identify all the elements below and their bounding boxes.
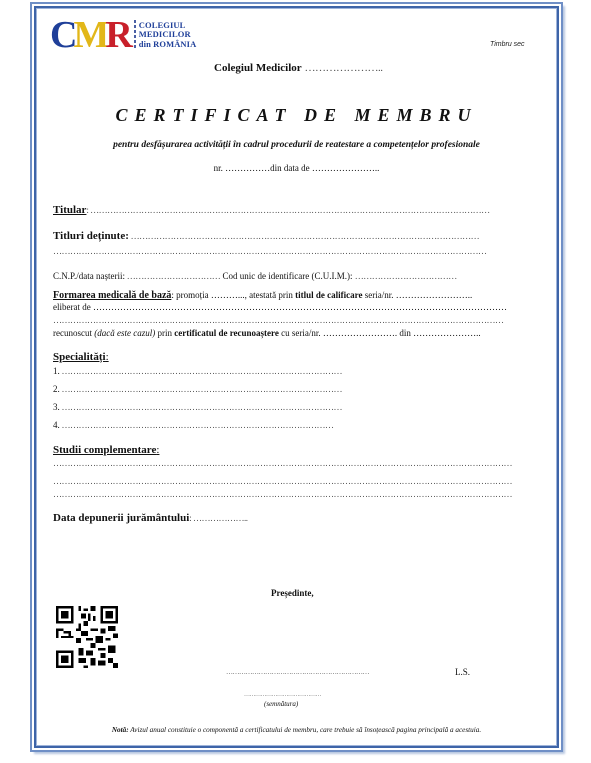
field-titluri-line2: …………………………………………………………………………………………………………… xyxy=(53,246,487,256)
field-titluri: Titluri deținute: …………………………………………………………… xyxy=(53,230,479,242)
logo-letters: CMR xyxy=(50,17,129,53)
certificate-title: CERTIFICAT DE MEMBRU xyxy=(36,105,557,126)
logo-caduceus-icon xyxy=(134,20,136,50)
footer-note: Notă: Avizul anual constituie o componen… xyxy=(36,726,557,734)
field-cnp: C.N.P./data nașterii: …………………………… Cod un… xyxy=(53,271,457,281)
specialitate-item: 4. …………………………………………………………………………………… xyxy=(53,420,334,430)
president-label: Președinte, xyxy=(271,588,314,598)
field-recunoscut: recunoscut (dacă este cazul) prin certif… xyxy=(53,328,481,338)
logo-text: COLEGIUL MEDICILOR din ROMÂNIA xyxy=(139,21,197,50)
ls-label: L.S. xyxy=(455,667,470,677)
field-formare-dots: …………………………………………………………………………………………………………… xyxy=(53,315,504,325)
studii-line: …………………………………………………………………………………………………………… xyxy=(53,476,512,486)
certificate-border: CMR COLEGIUL MEDICILOR din ROMÂNIA Timbr… xyxy=(34,6,559,748)
signature-line-2: …………………………………… xyxy=(244,692,321,698)
specialitate-item: 3. ……………………………………………………………………………………… xyxy=(53,402,342,412)
specialitate-item: 2. ……………………………………………………………………………………… xyxy=(53,384,342,394)
field-jurament: Data depunerii jurământului: ……………….. xyxy=(53,512,248,524)
cmr-logo: CMR COLEGIUL MEDICILOR din ROMÂNIA xyxy=(50,17,196,53)
dry-stamp-label: Timbru sec xyxy=(490,41,525,48)
signature-caption: (semnătura) xyxy=(264,700,298,708)
specialitate-item: 1. ……………………………………………………………………………………… xyxy=(53,366,342,376)
college-line: Colegiul Medicilor ………………….. xyxy=(214,62,382,74)
studii-label: Studii complementare: xyxy=(53,444,159,456)
qr-code-icon xyxy=(56,606,118,668)
signature-line: ………………………………………………………… xyxy=(226,668,369,676)
field-titular: Titular: …………………………………………………………………………………… xyxy=(53,204,490,216)
studii-line: …………………………………………………………………………………………………………… xyxy=(53,489,512,499)
number-date-line: nr. ……………din data de ………………….. xyxy=(36,163,557,173)
field-formare: Formarea medicală de bază: promoția ……….… xyxy=(53,290,472,301)
studii-line: …………………………………………………………………………………………………………… xyxy=(53,458,512,468)
field-eliberat: eliberat de …………………………………………………………………………… xyxy=(53,302,507,312)
certificate-subtitle: pentru desfășurarea activității în cadru… xyxy=(36,140,557,150)
specialitati-label: Specialități: xyxy=(53,351,109,363)
